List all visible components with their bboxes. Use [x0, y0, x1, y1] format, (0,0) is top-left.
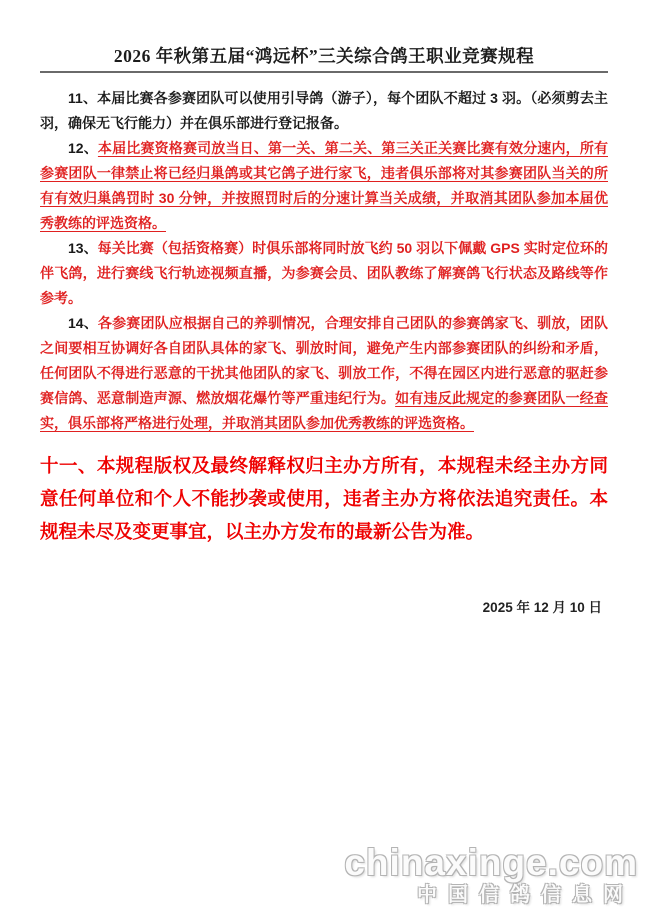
clause-text: 本届比赛各参赛团队可以使用引导鸽（游子），每个团队不超过 3 羽。（必须剪去主羽…	[40, 90, 608, 131]
clause-12: 12、本届比赛资格赛司放当日、第一关、第二关、第三关正关赛比赛有效分速内，所有参…	[40, 136, 608, 236]
document-date: 2025 年 12 月 10 日	[40, 596, 608, 616]
clause-number: 13、	[68, 240, 98, 256]
document-title: 2026 年秋第五届“鸿远杯”三关综合鸽王职业竞赛规程	[40, 44, 608, 68]
clause-number: 11、	[68, 90, 97, 106]
clause-13: 13、每关比赛（包括资格赛）时俱乐部将同时放飞约 50 羽以下佩戴 GPS 实时…	[40, 236, 608, 311]
clause-11: 11、本届比赛各参赛团队可以使用引导鸽（游子），每个团队不超过 3 羽。（必须剪…	[40, 86, 608, 136]
watermark: chinaxinge.com 中国信鸽信息网	[344, 844, 638, 907]
watermark-domain-text: chinaxinge.com	[344, 844, 638, 882]
clauses-section: 11、本届比赛各参赛团队可以使用引导鸽（游子），每个团队不超过 3 羽。（必须剪…	[40, 86, 608, 436]
watermark-site-name: 中国信鸽信息网	[344, 883, 638, 907]
document-content: 2026 年秋第五届“鸿远杯”三关综合鸽王职业竞赛规程 11、本届比赛各参赛团队…	[40, 44, 608, 616]
clause-14: 14、各参赛团队应根据自己的养驯情况，合理安排自己团队的参赛鸽家飞、驯放，团队之…	[40, 311, 608, 436]
clause-text: 本届比赛资格赛司放当日、第一关、第二关、第三关正关赛比赛有效分速内，所有参赛团队…	[40, 140, 608, 231]
document-page: 2026 年秋第五届“鸿远杯”三关综合鸽王职业竞赛规程 11、本届比赛各参赛团队…	[0, 0, 646, 919]
title-underline-rule	[40, 71, 608, 73]
clause-number: 12、	[68, 140, 98, 156]
clause-number: 14、	[68, 315, 98, 331]
copyright-clause: 十一、本规程版权及最终解释权归主办方所有，本规程未经主办方同意任何单位和个人不能…	[40, 449, 608, 548]
clause-text: 每关比赛（包括资格赛）时俱乐部将同时放飞约 50 羽以下佩戴 GPS 实时定位环…	[40, 240, 608, 306]
